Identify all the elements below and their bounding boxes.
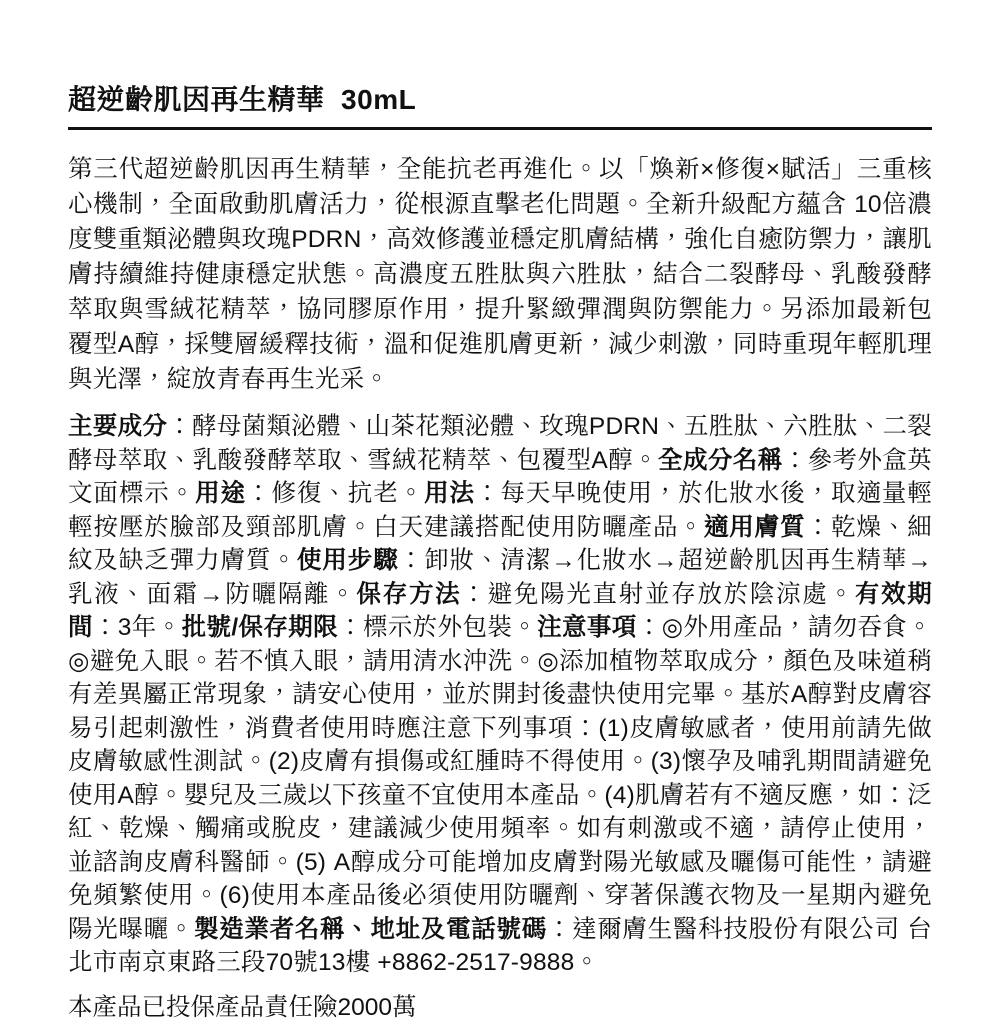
text-precautions: ：◎外用產品，請勿吞食。◎避免入眼。若不慎入眼，請用清水沖洗。◎添加植物萃取成分…: [68, 614, 932, 943]
text-storage-method: ：避免陽光直射並存放於陰涼處。: [461, 581, 854, 608]
product-label-page: 超逆齡肌因再生精華 30mL 第三代超逆齡肌因再生精華，全能抗老再進化。以「煥新…: [68, 85, 932, 1024]
label-purpose: 用途: [195, 480, 246, 507]
label-usage: 用法: [424, 480, 475, 507]
title-divider: [68, 127, 932, 130]
details-paragraph: 主要成分：酵母菌類泌體、山茶花類泌體、玫瑰PDRN、五胜肽、六胜肽、二裂酵母萃取…: [68, 410, 932, 980]
intro-paragraph: 第三代超逆齡肌因再生精華，全能抗老再進化。以「煥新×修復×賦活」三重核心機制，全…: [68, 152, 932, 397]
label-full-ingredient-name: 全成分名稱: [658, 447, 783, 474]
label-usage-steps: 使用步驟: [297, 547, 399, 574]
text-shelf-life: ：3年。: [93, 614, 182, 641]
label-precautions: 注意事項: [537, 614, 637, 641]
text-purpose: ：修復、抗老。: [246, 480, 424, 507]
label-storage-method: 保存方法: [357, 581, 462, 608]
label-manufacturer-info: 製造業者名稱、地址及電話號碼: [194, 916, 547, 943]
text-batch-expiry: ：標示於外包裝。: [338, 614, 537, 641]
product-liability-insurance-note: 本產品已投保產品責任險2000萬: [68, 991, 932, 1024]
product-title: 超逆齡肌因再生精華 30mL: [68, 85, 932, 115]
label-skin-type: 適用膚質: [704, 514, 806, 541]
label-main-ingredients: 主要成分: [68, 413, 167, 440]
label-batch-expiry: 批號/保存期限: [182, 614, 339, 641]
